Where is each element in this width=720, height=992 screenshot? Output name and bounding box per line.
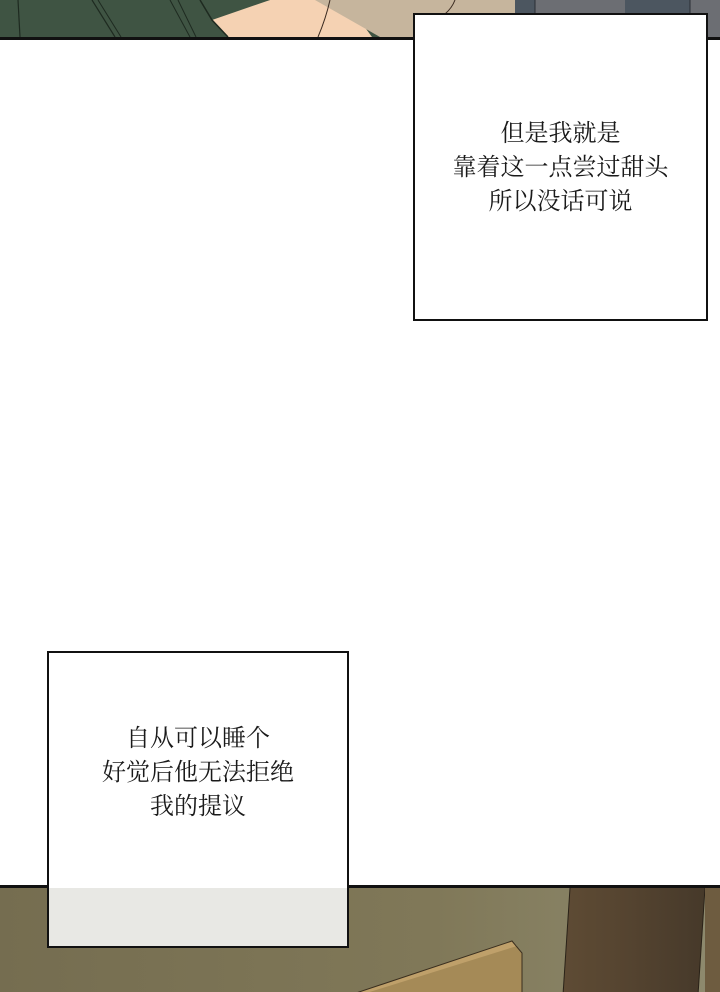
caption-line: 所以没话可说 (453, 184, 669, 218)
caption-overlap-shade (49, 888, 347, 946)
caption-line: 我的提议 (102, 789, 294, 823)
caption-text: 自从可以睡个 好觉后他无法拒绝 我的提议 (102, 721, 294, 823)
caption-line: 靠着这一点尝过甜头 (453, 150, 669, 184)
caption-line: 自从可以睡个 (102, 721, 294, 755)
caption-box-bottom-left: 自从可以睡个 好觉后他无法拒绝 我的提议 (47, 651, 349, 948)
caption-line: 好觉后他无法拒绝 (102, 755, 294, 789)
caption-line: 但是我就是 (453, 116, 669, 150)
caption-text: 但是我就是 靠着这一点尝过甜头 所以没话可说 (453, 116, 669, 218)
caption-box-top-right: 但是我就是 靠着这一点尝过甜头 所以没话可说 (413, 13, 708, 321)
